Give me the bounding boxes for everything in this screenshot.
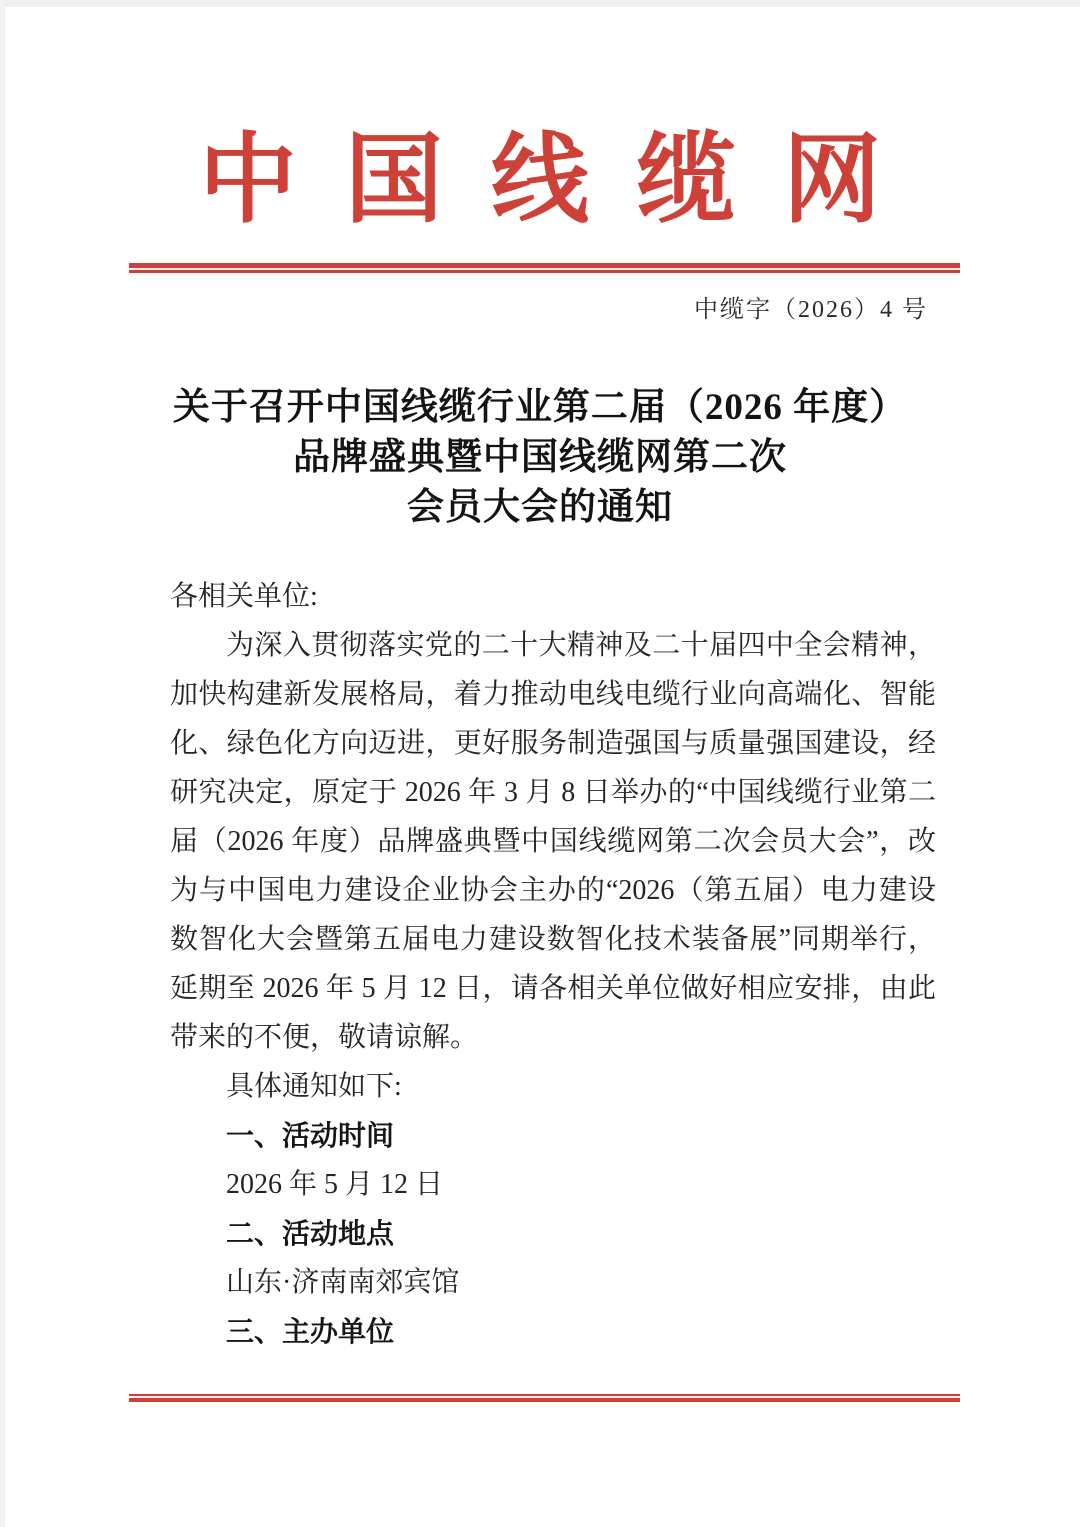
notice-title-line-1: 关于召开中国线缆行业第二届（2026 年度） — [0, 383, 1080, 433]
body-paragraph: 为深入贯彻落实党的二十大精神及二十届四中全会精神，加快构建新发展格局，着力推动电… — [170, 621, 936, 1062]
section-heading-activity-time: 一、活动时间 — [170, 1111, 936, 1160]
red-divider-bottom — [129, 1394, 960, 1402]
red-divider-top — [129, 263, 960, 273]
salutation: 各相关单位: — [170, 572, 936, 621]
intro-line: 具体通知如下: — [170, 1062, 936, 1111]
section-heading-host-unit: 三、主办单位 — [170, 1307, 936, 1356]
section-content-activity-time: 2026 年 5 月 12 日 — [170, 1160, 936, 1209]
notice-body: 各相关单位: 为深入贯彻落实党的二十大精神及二十届四中全会精神，加快构建新发展格… — [170, 572, 936, 1356]
section-heading-activity-location: 二、活动地点 — [170, 1209, 936, 1258]
document-page: 中国线缆网 中缆字（2026）4 号 关于召开中国线缆行业第二届（2026 年度… — [0, 0, 1080, 1527]
notice-title-line-3: 会员大会的通知 — [0, 483, 1080, 533]
letterhead-title: 中国线缆网 — [0, 116, 1080, 246]
notice-title-line-2: 品牌盛典暨中国线缆网第二次 — [0, 433, 1080, 483]
section-content-activity-location: 山东·济南南郊宾馆 — [170, 1258, 936, 1307]
document-number: 中缆字（2026）4 号 — [694, 294, 928, 326]
notice-title: 关于召开中国线缆行业第二届（2026 年度） 品牌盛典暨中国线缆网第二次 会员大… — [0, 383, 1080, 533]
